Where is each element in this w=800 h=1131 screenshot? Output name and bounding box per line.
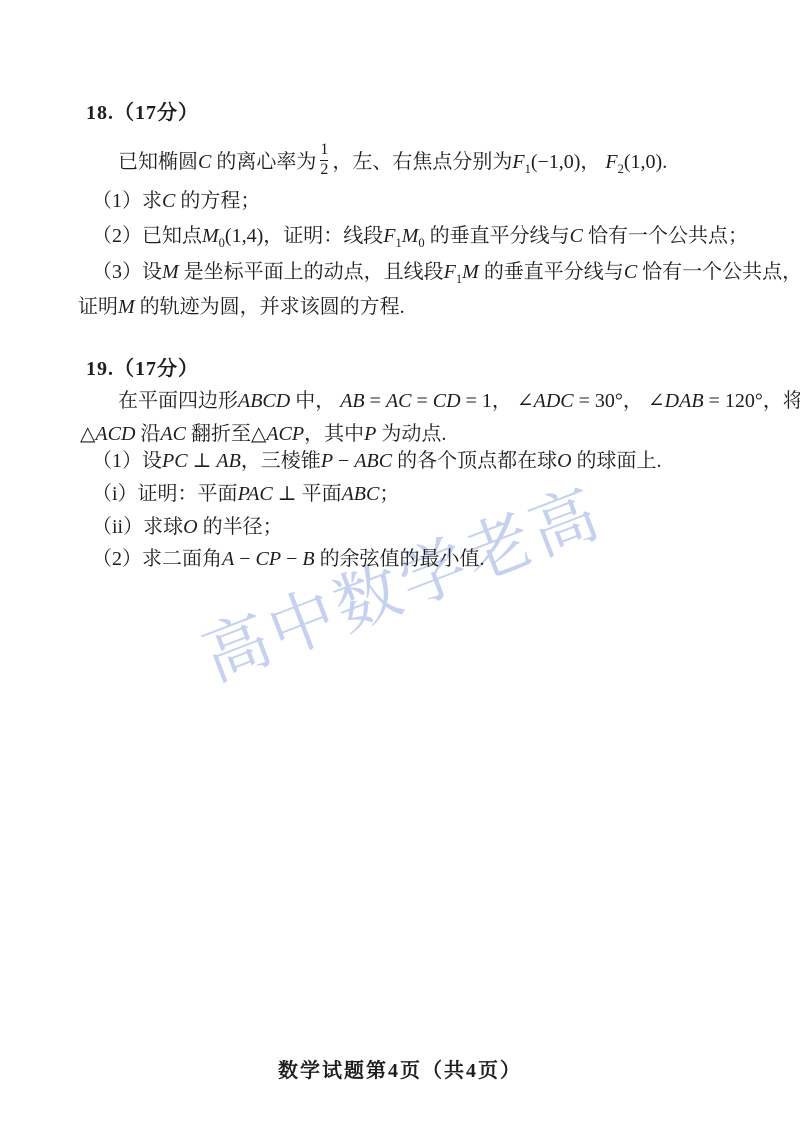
problem-19-intro-line-2: △ACD 沿AC 翻折至△ACP，其中P 为动点. [80, 422, 446, 447]
problem-18-item-1: （1）求C 的方程； [92, 189, 260, 214]
problem-19-header: 19.（17分） [86, 357, 199, 382]
page-footer: 数学试题第4页（共4页） [0, 1054, 800, 1083]
problem-18-item-3-continued: 证明M 的轨迹为圆，并求该圆的方程. [78, 295, 405, 320]
problem-18-header: 18.（17分） [86, 101, 199, 126]
exam-page: 高中数学老高 18.（17分） 已知椭圆C 的离心率为12，左、右焦点分别为F1… [0, 0, 800, 1131]
problem-18-item-2: （2）已知点M0(1,4)，证明：线段F1M0 的垂直平分线与C 恰有一个公共点… [92, 224, 748, 252]
problem-18-item-3: （3）设M 是坐标平面上的动点，且线段F1M 的垂直平分线与C 恰有一个公共点， [92, 260, 800, 288]
problem-19-item-2: （2）求二面角A − CP − B 的余弦值的最小值. [92, 547, 485, 572]
problem-19-item-1: （1）设PC ⊥ AB，三棱锥P − ABC 的各个顶点都在球O 的球面上. [92, 449, 662, 474]
problem-18-intro: 已知椭圆C 的离心率为12，左、右焦点分别为F1(−1,0)， F2(1,0). [118, 145, 667, 182]
problem-19-intro-line-1: 在平面四边形ABCD 中， AB = AC = CD = 1， ∠ADC = 3… [118, 389, 800, 414]
problem-19-item-1-i: （i）证明：平面PAC ⊥ 平面ABC； [92, 482, 399, 507]
problem-19-item-1-ii: （ii）求球O 的半径； [92, 515, 283, 540]
